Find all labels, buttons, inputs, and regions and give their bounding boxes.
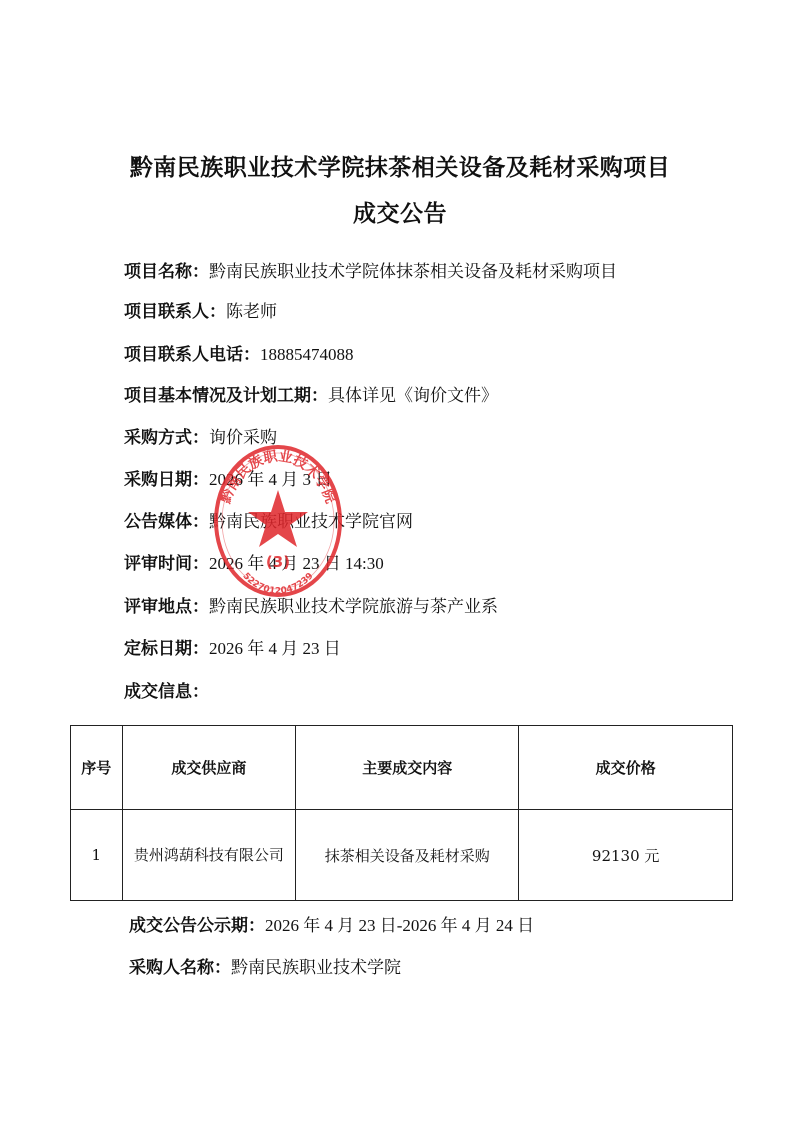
cell-supplier: 贵州鸿葫科技有限公司 xyxy=(122,810,296,901)
field-deal-info: 成交信息： xyxy=(124,677,209,702)
document-page: 黔南民族职业技术学院抹茶相关设备及耗材采购项目 成交公告 项目名称：黔南民族职业… xyxy=(0,0,800,1131)
field-project-name: 项目名称：黔南民族职业技术学院体抹茶相关设备及耗材采购项目 xyxy=(124,257,617,282)
supplier-name: 贵州鸿葫科技有限公司 xyxy=(134,838,284,872)
field-contact-phone: 项目联系人电话：18885474088 xyxy=(124,340,354,365)
cell-content: 抹茶相关设备及耗材采购 xyxy=(296,810,519,901)
field-value: 18885474088 xyxy=(260,345,354,364)
field-publicity-period: 成交公告公示期：2026 年 4 月 23 日-2026 年 4 月 24 日 xyxy=(129,911,534,936)
field-value: 黔南民族职业技术学院 xyxy=(231,958,401,977)
field-label: 项目联系人： xyxy=(124,302,226,322)
field-award-date: 定标日期：2026 年 4 月 23 日 xyxy=(124,634,341,659)
field-value: 2026 年 4 月 23 日 xyxy=(209,639,341,658)
field-label: 定标日期： xyxy=(124,639,209,659)
field-value: 黔南民族职业技术学院旅游与茶产业系 xyxy=(209,597,498,616)
field-label: 项目联系人电话： xyxy=(124,345,260,365)
field-label: 项目基本情况及计划工期： xyxy=(124,386,328,406)
field-value: 黔南民族职业技术学院官网 xyxy=(209,512,413,531)
field-value: 具体详见《询价文件》 xyxy=(328,386,498,405)
field-label: 采购日期： xyxy=(124,470,209,490)
header-index: 序号 xyxy=(71,726,123,810)
field-purchaser-name: 采购人名称：黔南民族职业技术学院 xyxy=(129,953,401,978)
cell-price: 92130 元 xyxy=(519,810,733,901)
field-value: 询价采购 xyxy=(209,428,277,447)
header-supplier: 成交供应商 xyxy=(122,726,296,810)
field-label: 成交信息： xyxy=(124,682,209,702)
table-row: 1 贵州鸿葫科技有限公司 抹茶相关设备及耗材采购 92130 元 xyxy=(71,810,733,901)
cell-index: 1 xyxy=(71,810,123,901)
field-procurement-date: 采购日期：2026 年 4 月 3 日 xyxy=(124,465,332,490)
document-subtitle: 成交公告 xyxy=(0,195,800,228)
deal-table: 序号 成交供应商 主要成交内容 成交价格 1 贵州鸿葫科技有限公司 抹茶相关设备… xyxy=(70,725,733,901)
field-project-overview: 项目基本情况及计划工期：具体详见《询价文件》 xyxy=(124,381,498,406)
field-value: 陈老师 xyxy=(226,302,277,321)
field-label: 成交公告公示期： xyxy=(129,916,265,936)
header-price: 成交价格 xyxy=(519,726,733,810)
field-label: 采购方式： xyxy=(124,428,209,448)
field-label: 评审地点： xyxy=(124,597,209,617)
field-label: 评审时间： xyxy=(124,554,209,574)
field-announcement-media: 公告媒体：黔南民族职业技术学院官网 xyxy=(124,507,413,532)
field-review-time: 评审时间：2026 年 4 月 23 日 14:30 xyxy=(124,549,384,574)
header-content: 主要成交内容 xyxy=(296,726,519,810)
field-value: 黔南民族职业技术学院体抹茶相关设备及耗材采购项目 xyxy=(209,262,617,281)
field-label: 采购人名称： xyxy=(129,958,231,978)
field-value: 2026 年 4 月 23 日-2026 年 4 月 24 日 xyxy=(265,916,534,935)
field-value: 2026 年 4 月 3 日 xyxy=(209,470,332,489)
field-label: 项目名称： xyxy=(124,262,209,282)
field-review-location: 评审地点：黔南民族职业技术学院旅游与茶产业系 xyxy=(124,592,498,617)
table-header-row: 序号 成交供应商 主要成交内容 成交价格 xyxy=(71,726,733,810)
field-contact-person: 项目联系人：陈老师 xyxy=(124,297,277,322)
field-label: 公告媒体： xyxy=(124,512,209,532)
field-value: 2026 年 4 月 23 日 14:30 xyxy=(209,554,384,573)
field-procurement-method: 采购方式：询价采购 xyxy=(124,423,277,448)
document-title: 黔南民族职业技术学院抹茶相关设备及耗材采购项目 xyxy=(0,149,800,182)
